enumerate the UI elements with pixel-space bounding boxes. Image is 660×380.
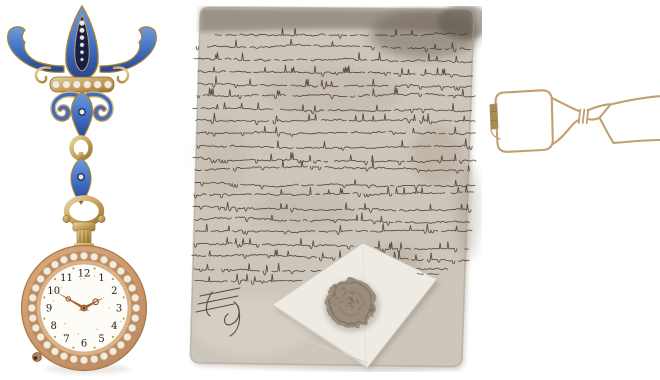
lorgnette-frame-right-vee-bottom	[600, 118, 614, 143]
watch-numeral: 9	[46, 304, 52, 315]
lorgnette-frame-left	[496, 90, 553, 152]
lower-petal-diamond	[79, 109, 85, 115]
fleur-de-lis-brooch	[8, 6, 157, 139]
wax-seal	[326, 278, 376, 328]
lorgnette-clasp	[490, 103, 499, 130]
fleur-wing-right	[100, 27, 156, 73]
lorgnette-bridge-top-left	[552, 98, 579, 111]
bow-knob-left	[63, 215, 70, 222]
hands-center-pin	[83, 307, 85, 309]
watch-numeral: 12	[78, 269, 91, 280]
watch-numeral: 2	[111, 286, 117, 297]
lorgnette-waist-wraps	[579, 110, 589, 124]
watch-hinge	[33, 353, 42, 362]
watch-numeral: 5	[98, 334, 104, 345]
drop-cap	[77, 152, 85, 158]
product-photo-collage: 12 1 2 3 4 5 6 7 8 9 10 11	[0, 0, 660, 380]
watch-bow	[67, 198, 102, 224]
watch-numeral: 7	[63, 334, 69, 345]
lorgnette-bridge-bottom-right	[588, 118, 600, 120]
watch-numeral: 10	[47, 286, 60, 297]
lorgnette-frame-right-bottom	[614, 140, 660, 143]
lorgnette-bridge-bottom-left	[553, 120, 579, 144]
drop-diamond	[78, 174, 84, 180]
manuscript-image	[182, 6, 482, 372]
watch-numeral: 11	[60, 273, 73, 284]
watch-numeral: 3	[116, 304, 122, 315]
pendant-suspension	[63, 138, 105, 251]
watch-numeral: 6	[81, 339, 87, 350]
hinge-pin	[34, 356, 38, 360]
fleur-wing-left	[8, 27, 64, 73]
folding-lorgnette-image	[480, 60, 660, 180]
lorgnette-frame-right-top	[611, 96, 660, 104]
watch-numeral: 4	[111, 321, 117, 332]
fleur-de-lis-watch-brooch-image: 12 1 2 3 4 5 6 7 8 9 10 11	[0, 0, 164, 380]
lorgnette-wire	[491, 90, 660, 152]
lorgnette-clasp-tail	[491, 130, 500, 139]
bow-knob-right	[98, 215, 105, 222]
pocket-watch: 12 1 2 3 4 5 6 7 8 9 10 11	[22, 246, 147, 375]
watch-numeral: 8	[51, 321, 57, 332]
watch-numeral: 1	[98, 273, 104, 284]
